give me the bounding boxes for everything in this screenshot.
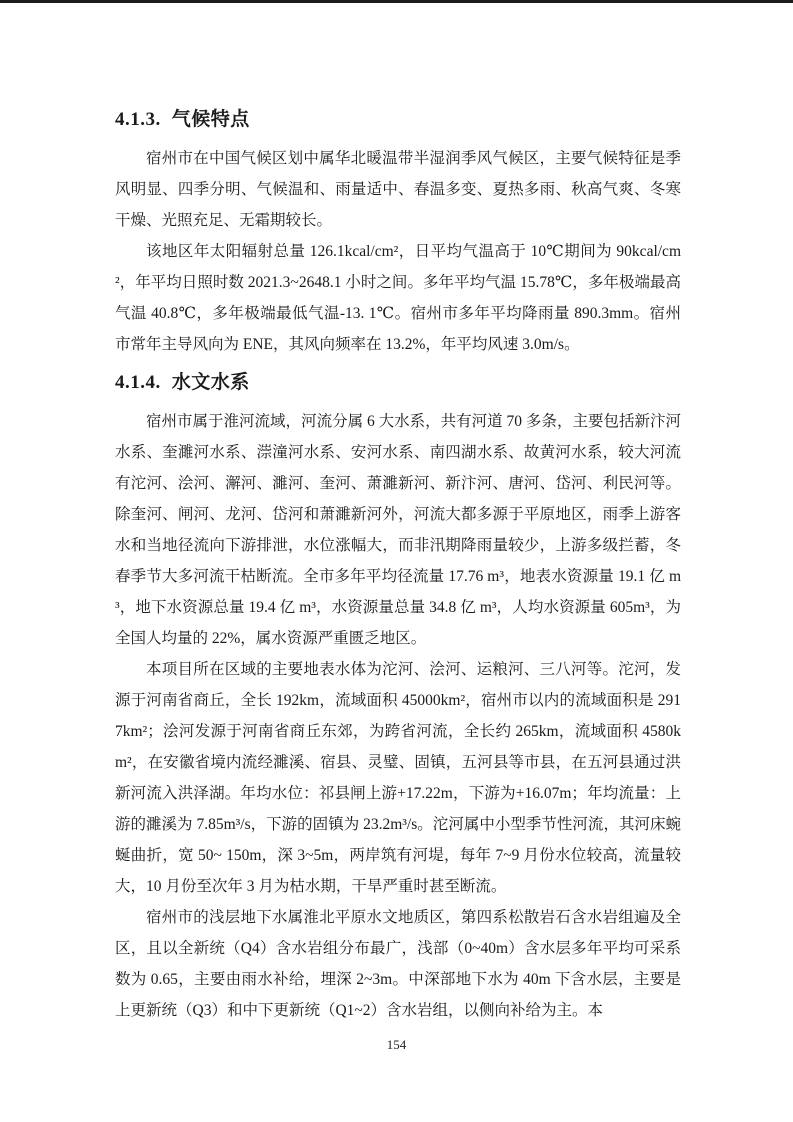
paragraph: 宿州市在中国气候区划中属华北暖温带半湿润季风气候区，主要气候特征是季风明显、四季… [115, 143, 681, 236]
paragraph: 本项目所在区域的主要地表水体为沱河、浍河、运粮河、三八河等。沱河，发源于河南省商… [115, 654, 681, 902]
document-content: 4.1.3.气候特点宿州市在中国气候区划中属华北暖温带半湿润季风气候区，主要气候… [0, 0, 793, 1026]
document-page: 4.1.3.气候特点宿州市在中国气候区划中属华北暖温带半湿润季风气候区，主要气候… [0, 0, 793, 1122]
paragraph: 宿州市的浅层地下水属淮北平原水文地质区，第四系松散岩石含水岩组遍及全区，且以全新… [115, 902, 681, 1026]
section-heading: 4.1.4.水文水系 [115, 370, 681, 396]
heading-number: 4.1.3. [115, 109, 161, 130]
heading-number: 4.1.4. [115, 372, 161, 393]
page-number: 154 [387, 1037, 407, 1052]
paragraph: 宿州市属于淮河流域，河流分属 6 大水系，共有河道 70 多条，主要包括新汴河水… [115, 406, 681, 654]
paragraph: 该地区年太阳辐射总量 126.1kcal/cm²，日平均气温高于 10℃期间为 … [115, 236, 681, 360]
heading-title: 水文水系 [172, 372, 250, 393]
page-footer: 154 [0, 1036, 793, 1054]
heading-title: 气候特点 [172, 109, 250, 130]
section-heading: 4.1.3.气候特点 [115, 107, 681, 133]
